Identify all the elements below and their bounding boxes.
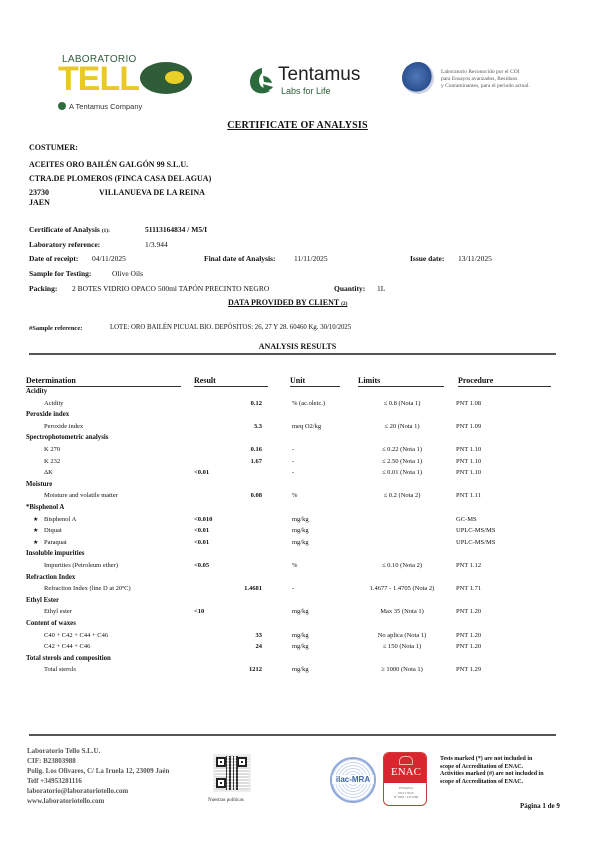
table-row: ★Bisphenol A<0.010mg/kgGC-MS	[0, 516, 595, 528]
sample-reference-value: LOTE: ORO BAILÉN PICUAL BIO. DEPÓSITOS: …	[110, 324, 351, 331]
unit: mg/kg	[292, 643, 309, 650]
sample-label: Sample for Testing:	[29, 269, 91, 278]
quantity-value: 1L	[377, 284, 385, 293]
receipt-date-value: 04/11/2025	[92, 254, 126, 263]
group-label: *Bisphenol A	[26, 504, 64, 511]
determination: Peroxide index	[44, 423, 83, 430]
lab-reference-value: 1/3.944	[145, 240, 168, 249]
company-info: Laboratorio Tello S.L.U. CIF: B23803988 …	[27, 746, 169, 806]
lab-logo-tagline: A Tentamus Company	[69, 102, 142, 111]
issue-date-value: 13/11/2025	[458, 254, 492, 263]
result-value: 33	[230, 632, 262, 639]
result-value: 1.67	[230, 458, 262, 465]
lab-logo-word: TELL	[58, 62, 139, 96]
table-row: Peroxide index3.3meq O2/kg≤ 20 (Nota 1)P…	[0, 423, 595, 435]
procedure: PNT 1.20	[456, 643, 481, 650]
table-group-row: Spectrophotometric analysis	[0, 434, 595, 446]
determination: Ethyl ester	[44, 608, 72, 615]
table-group-row: Peroxide index	[0, 411, 595, 423]
lab-reference-label: Laboratory reference:	[29, 240, 100, 249]
column-header-limits: Limits	[358, 376, 380, 385]
determination: Refraction Index (line D at 20ºC)	[44, 585, 131, 592]
final-date-value: 11/11/2025	[294, 254, 328, 263]
result-value: <0.01	[194, 539, 209, 546]
group-label: Content of waxes	[26, 620, 76, 627]
tentamus-leaf-icon	[248, 67, 274, 95]
group-label: Acidity	[26, 388, 47, 395]
column-header-unit: Unit	[290, 376, 305, 385]
table-group-row: Ethyl Ester	[0, 597, 595, 609]
procedure: PNT 1.20	[456, 632, 481, 639]
group-label: Spectrophotometric analysis	[26, 434, 108, 441]
result-value: <0.01	[194, 469, 209, 476]
unit: mg/kg	[292, 666, 309, 673]
star-icon: ★	[33, 527, 38, 534]
table-row: Acidity0.12% (ac.oleic.)≤ 0.8 (Nota 1)PN…	[0, 400, 595, 412]
procedure: GC-MS	[456, 516, 477, 523]
header-underline	[290, 386, 340, 387]
table-row: Moisture and volatile matter0.08%≤ 0.2 (…	[0, 492, 595, 504]
tentamus-logo-tagline: Labs for Life	[281, 86, 331, 96]
header-underline	[26, 386, 181, 387]
table-row: ★Paraquat<0.01mg/kgUPLC-MS/MS	[0, 539, 595, 551]
limits: 1.4677 - 1.4705 (Nota 2)	[352, 585, 452, 592]
determination: C42 + C44 + C46	[44, 643, 90, 650]
result-value: 0.08	[230, 492, 262, 499]
limits: ≤ 150 (Nota 1)	[352, 643, 452, 650]
table-row: ★Diquat<0.01mg/kgUPLC-MS/MS	[0, 527, 595, 539]
procedure: PNT 1.29	[456, 666, 481, 673]
result-value: <10	[194, 608, 204, 615]
limits: ≤ 20 (Nota 1)	[352, 423, 452, 430]
customer-city: VILLANUEVA DE LA REINA	[99, 188, 205, 197]
procedure: PNT 1.10	[456, 446, 481, 453]
final-date-label: Final date of Analysis:	[204, 254, 275, 263]
page-number: Página 1 de 9	[520, 802, 560, 810]
coi-globe-icon	[402, 62, 434, 94]
table-group-row: *Bisphenol A	[0, 504, 595, 516]
table-row: Impurities (Petroleum ether)<0.05%≤ 0.10…	[0, 562, 595, 574]
result-value: 3.3	[230, 423, 262, 430]
header-underline	[194, 386, 268, 387]
determination: Impurities (Petroleum ether)	[44, 562, 118, 569]
table-row: ΔK<0.01-≤ 0.01 (Nota 1)PNT 1.10	[0, 469, 595, 481]
unit: -	[292, 446, 294, 453]
procedure: PNT 1.20	[456, 608, 481, 615]
tentamus-mini-icon	[58, 102, 66, 110]
unit: % (ac.oleic.)	[292, 400, 325, 407]
procedure: PNT 1.10	[456, 469, 481, 476]
unit: mg/kg	[292, 632, 309, 639]
column-header-result: Result	[194, 376, 216, 385]
customer-province: JAEN	[29, 198, 50, 207]
table-group-row: Refraction Index	[0, 574, 595, 586]
result-value: <0.010	[194, 516, 212, 523]
result-value: 24	[230, 643, 262, 650]
result-value: <0.05	[194, 562, 209, 569]
table-row: K 2700.16-≤ 0.22 (Nota 1)PNT 1.10	[0, 446, 595, 458]
packing-value: 2 BOTES VIDRIO OPACO 500ml TAPÓN PRECINT…	[72, 284, 269, 293]
determination: Diquat	[44, 527, 62, 534]
procedure: PNT 1.09	[456, 423, 481, 430]
determination: ΔK	[44, 469, 53, 476]
coi-recognition-text: Laboratorio Reconocido por el COI para E…	[441, 69, 530, 90]
procedure: PNT 1.71	[456, 585, 481, 592]
limits: ≥ 1000 (Nota 1)	[352, 666, 452, 673]
customer-label: COSTUMER:	[29, 143, 78, 152]
table-row: Total sterols1212mg/kg≥ 1000 (Nota 1)PNT…	[0, 666, 595, 678]
result-value: 1212	[230, 666, 262, 673]
table-row: Refraction Index (line D at 20ºC)1.4681-…	[0, 585, 595, 597]
unit: -	[292, 458, 294, 465]
issue-date-label: Issue date:	[410, 254, 444, 263]
company-website[interactable]: www.laboratoriotello.com	[27, 796, 169, 806]
customer-name: ACEITES ORO BAILÉN GALGÓN 99 S.L.U.	[29, 160, 188, 169]
star-icon: ★	[33, 516, 38, 523]
procedure: UPLC-MS/MS	[456, 539, 495, 546]
table-group-row: Insoluble impurities	[0, 550, 595, 562]
section-divider	[29, 353, 556, 355]
certificate-label: Certificate of Analysis (1):	[29, 225, 110, 234]
limits: ≤ 0.01 (Nota 1)	[352, 469, 452, 476]
ilac-mra-logo-icon: ilac-MRA	[330, 757, 376, 803]
customer-postcode: 23730	[29, 188, 49, 197]
result-value: <0.01	[194, 527, 209, 534]
header-underline	[358, 386, 444, 387]
company-email[interactable]: laboratorio@laboratoriotello.com	[27, 786, 169, 796]
receipt-date-label: Date of receipt:	[29, 254, 78, 263]
column-header-determination: Determination	[26, 376, 76, 385]
accreditation-note: Tests marked (*) are not included in sco…	[440, 756, 544, 786]
tentamus-logo-name: Tentamus	[278, 64, 360, 86]
determination: Paraquat	[44, 539, 67, 546]
column-header-procedure: Procedure	[458, 376, 493, 385]
unit: mg/kg	[292, 539, 309, 546]
qr-label: Nuestras políticas	[208, 798, 244, 803]
result-value: 0.12	[230, 400, 262, 407]
result-value: 1.4681	[230, 585, 262, 592]
determination: K 270	[44, 446, 60, 453]
limits: ≤ 2.50 (Nota 1)	[352, 458, 452, 465]
unit: mg/kg	[292, 527, 309, 534]
star-icon: ★	[33, 539, 38, 546]
result-value: 0.16	[230, 446, 262, 453]
procedure: UPLC-MS/MS	[456, 527, 495, 534]
determination: Acidity	[44, 400, 64, 407]
table-group-row: Moisture	[0, 481, 595, 493]
unit: %	[292, 562, 297, 569]
certificate-number: 51113164834 / M5/I	[145, 225, 207, 234]
determination: Moisture and volatile matter	[44, 492, 118, 499]
table-row: C40 + C42 + C44 + C4633mg/kgNo aplica (N…	[0, 632, 595, 644]
group-label: Ethyl Ester	[26, 597, 59, 604]
unit: mg/kg	[292, 608, 309, 615]
header-underline	[458, 386, 551, 387]
group-label: Peroxide index	[26, 411, 69, 418]
group-label: Refraction Index	[26, 574, 75, 581]
customer-address: CTRA.DE PLOMEROS (FINCA CASA DEL AGUA)	[29, 174, 211, 183]
group-label: Total sterols and composition	[26, 655, 111, 662]
group-label: Insoluble impurities	[26, 550, 84, 557]
unit: %	[292, 492, 297, 499]
limits: Max 35 (Nota 1)	[352, 608, 452, 615]
procedure: PNT 1.12	[456, 562, 481, 569]
lab-logo-olive-icon	[140, 62, 192, 94]
limits: ≤ 0.10 (Nota 2)	[352, 562, 452, 569]
table-group-row: Content of waxes	[0, 620, 595, 632]
determination: Bisphenol A	[44, 516, 76, 523]
limits: ≤ 0.22 (Nota 1)	[352, 446, 452, 453]
determination: Total sterols	[44, 666, 76, 673]
footer-divider	[29, 734, 556, 736]
unit: -	[292, 469, 294, 476]
quantity-label: Quantity:	[334, 284, 365, 293]
table-row: Ethyl ester<10mg/kgMax 35 (Nota 1)PNT 1.…	[0, 608, 595, 620]
packing-label: Packing:	[29, 284, 57, 293]
determination: K 232	[44, 458, 60, 465]
procedure: PNT 1.11	[456, 492, 481, 499]
crown-icon	[399, 756, 413, 765]
group-label: Moisture	[26, 481, 52, 488]
determination: C40 + C42 + C44 + C46	[44, 632, 108, 639]
qr-code-icon[interactable]	[213, 754, 251, 792]
analysis-results-heading: ANALYSIS RESULTS	[0, 342, 595, 351]
client-data-heading: DATA PROVIDED BY CLIENT (2)	[228, 298, 347, 307]
limits: No aplica (Nota 1)	[352, 632, 452, 639]
procedure: PNT 1.08	[456, 400, 481, 407]
unit: meq O2/kg	[292, 423, 321, 430]
sample-value: Olive Oils	[112, 269, 143, 278]
sample-reference-label: #Sample reference:	[29, 325, 82, 332]
table-row: K 2321.67-≤ 2.50 (Nota 1)PNT 1.10	[0, 458, 595, 470]
table-group-row: Total sterols and composition	[0, 655, 595, 667]
unit: mg/kg	[292, 516, 309, 523]
procedure: PNT 1.10	[456, 458, 481, 465]
enac-logo-icon: ENAC ENSAYO ISO 17025 Nº1861 / LE1260	[383, 752, 427, 806]
table-group-row: Acidity	[0, 388, 595, 400]
page-title: CERTIFICATE OF ANALYSIS	[0, 120, 595, 131]
limits: ≤ 0.8 (Nota 1)	[352, 400, 452, 407]
table-row: C42 + C44 + C4624mg/kg≤ 150 (Nota 1)PNT …	[0, 643, 595, 655]
unit: -	[292, 585, 294, 592]
limits: ≤ 0.2 (Nota 2)	[352, 492, 452, 499]
